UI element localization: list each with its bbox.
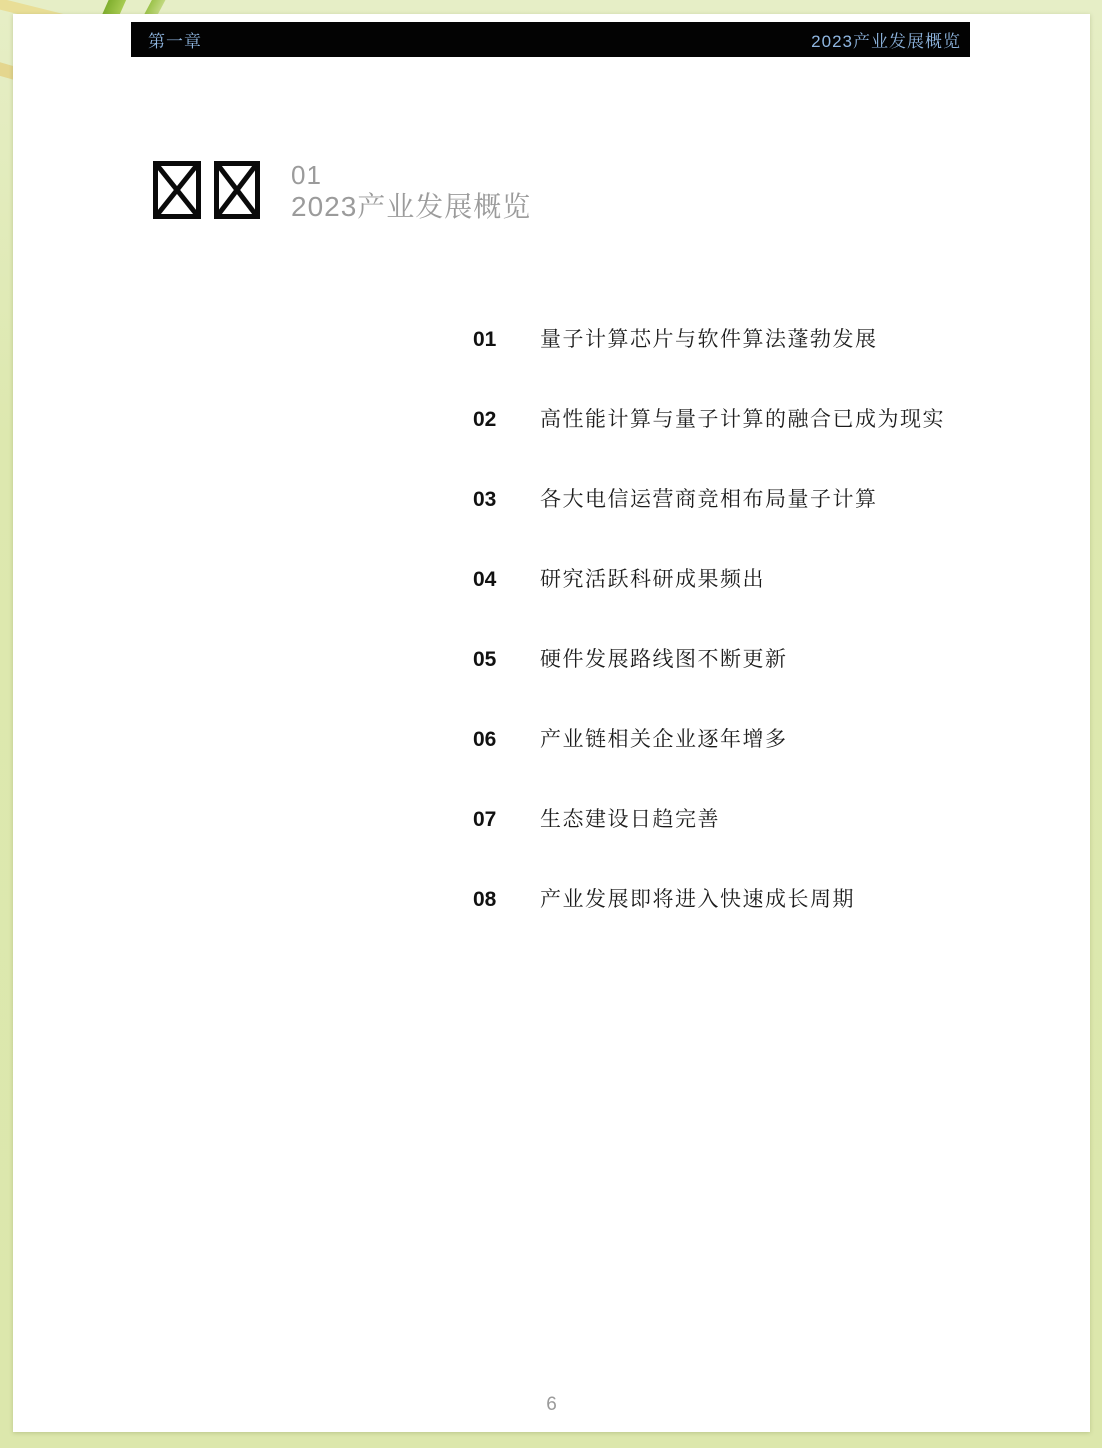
toc-item-label: 量子计算芯片与软件算法蓬勃发展 xyxy=(540,325,878,355)
chapter-label: 第一章 xyxy=(148,27,202,52)
toc-item-number: 03 xyxy=(473,485,540,515)
broken-image-placeholder-icon xyxy=(214,161,260,219)
toc-item-label: 产业链相关企业逐年增多 xyxy=(540,725,788,755)
toc-item: 06 产业链相关企业逐年增多 xyxy=(473,725,945,755)
chapter-title: 2023产业发展概览 xyxy=(811,27,961,52)
image-placeholder-row xyxy=(153,161,260,219)
toc-item-number: 04 xyxy=(473,565,540,595)
toc-list: 01 量子计算芯片与软件算法蓬勃发展 02 高性能计算与量子计算的融合已成为现实… xyxy=(473,325,945,965)
toc-item-number: 01 xyxy=(473,325,540,355)
toc-item: 04 研究活跃科研成果频出 xyxy=(473,565,945,595)
toc-item-number: 02 xyxy=(473,405,540,435)
document-page: 第一章 2023产业发展概览 01 2023产业发展概览 01 量子计算芯片与软… xyxy=(13,14,1090,1432)
toc-item-label: 各大电信运营商竞相布局量子计算 xyxy=(540,485,878,515)
toc-item-label: 研究活跃科研成果频出 xyxy=(540,565,765,595)
section-number: 01 xyxy=(291,160,531,190)
toc-item: 07 生态建设日趋完善 xyxy=(473,805,945,835)
toc-item: 05 硬件发展路线图不断更新 xyxy=(473,645,945,675)
page-number: 6 xyxy=(13,1394,1090,1416)
section-heading: 01 2023产业发展概览 xyxy=(291,160,531,223)
toc-item-label: 高性能计算与量子计算的融合已成为现实 xyxy=(540,405,945,435)
toc-item: 02 高性能计算与量子计算的融合已成为现实 xyxy=(473,405,945,435)
broken-image-placeholder-icon xyxy=(153,161,201,219)
toc-item: 08 产业发展即将进入快速成长周期 xyxy=(473,885,945,915)
toc-item-number: 05 xyxy=(473,645,540,675)
toc-item-number: 06 xyxy=(473,725,540,755)
toc-item-label: 硬件发展路线图不断更新 xyxy=(540,645,788,675)
toc-item-label: 生态建设日趋完善 xyxy=(540,805,720,835)
toc-item-label: 产业发展即将进入快速成长周期 xyxy=(540,885,855,915)
toc-item-number: 07 xyxy=(473,805,540,835)
section-title: 2023产业发展概览 xyxy=(291,190,531,223)
chapter-header-bar: 第一章 2023产业发展概览 xyxy=(131,22,970,57)
toc-item: 01 量子计算芯片与软件算法蓬勃发展 xyxy=(473,325,945,355)
toc-item: 03 各大电信运营商竞相布局量子计算 xyxy=(473,485,945,515)
toc-item-number: 08 xyxy=(473,885,540,915)
